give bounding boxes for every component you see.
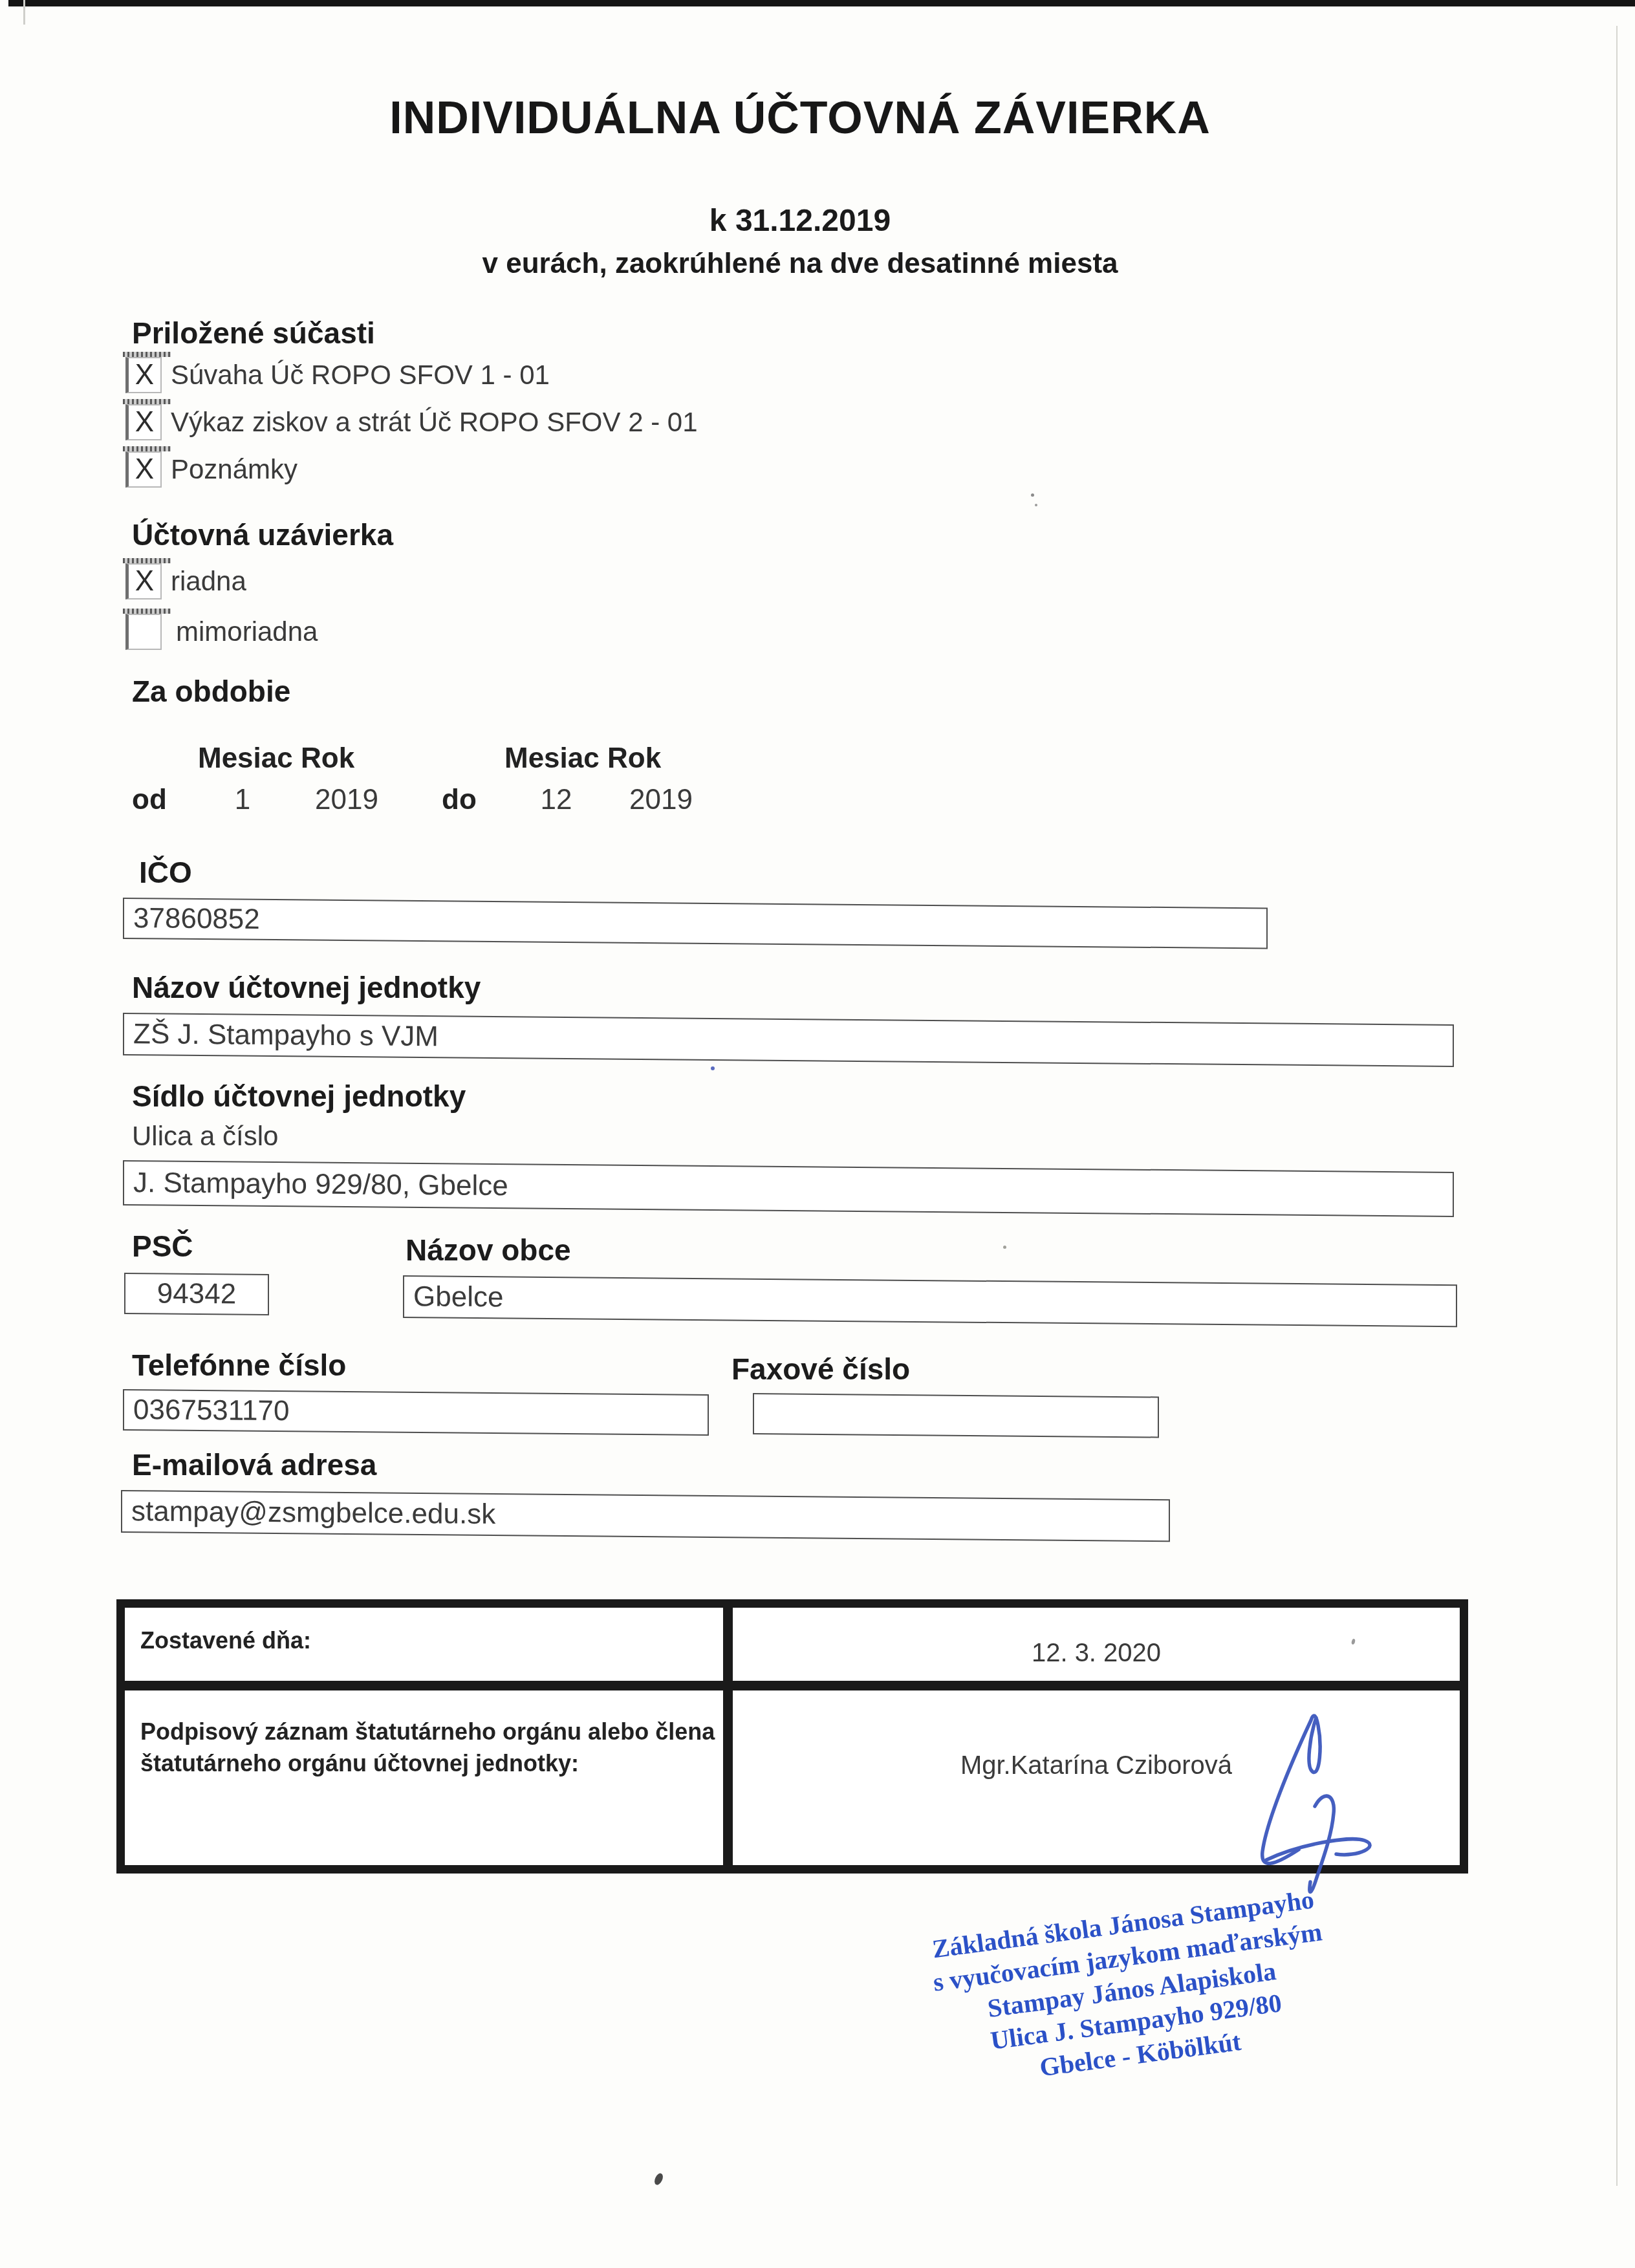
psc-value: 94342: [157, 1277, 236, 1310]
checkbox-vykaz: X: [125, 404, 162, 440]
scan-edge-notch: [23, 0, 25, 25]
closing-label: mimoriadna: [176, 614, 318, 650]
form-title: INDIVIDUÁLNA ÚČTOVNÁ ZÁVIERKA: [0, 92, 1600, 144]
town-label: Názov obce: [406, 1233, 571, 1268]
scan-speck: [1031, 493, 1034, 497]
scan-top-edge: [8, 0, 1635, 6]
scan-right-edge-line: [1616, 26, 1618, 2186]
phone-field: 0367531170: [123, 1389, 709, 1436]
closing-heading: Účtovná uzávierka: [132, 517, 393, 552]
street-value: J. Stampayho 929/80, Gbelce: [133, 1167, 508, 1202]
street-label: Ulica a číslo: [132, 1121, 278, 1152]
period-from-month: 1: [220, 784, 265, 816]
period-to-header: Mesiac Rok: [504, 742, 661, 775]
psc-label: PSČ: [132, 1229, 193, 1264]
entity-name-field: ZŠ J. Stampayho s VJM: [123, 1013, 1454, 1067]
scan-speck: [1035, 504, 1037, 506]
checkbox-mark: X: [135, 359, 154, 391]
as-of-date: k 31.12.2019: [0, 203, 1600, 239]
psc-field: 94342: [124, 1273, 269, 1315]
ico-label: IČO: [139, 855, 192, 890]
scan-speck: [1003, 1246, 1006, 1249]
attachment-label: Výkaz ziskov a strát Úč ROPO SFOV 2 - 01: [171, 404, 698, 440]
entity-name-label: Názov účtovnej jednotky: [132, 970, 481, 1005]
entity-name-value: ZŠ J. Stampayho s VJM: [133, 1018, 439, 1053]
ico-field: 37860852: [123, 898, 1268, 949]
checkbox-riadna: X: [125, 563, 162, 599]
checkbox-mimoriadna: [125, 614, 162, 650]
attachment-label: Poznámky: [171, 451, 298, 488]
attachment-label: Súvaha Úč ROPO SFOV 1 - 01: [171, 357, 550, 393]
signatory-label: Podpisový záznam štatutárneho orgánu ale…: [140, 1716, 735, 1779]
period-to-year: 2019: [629, 784, 693, 816]
checkbox-suvaha: X: [125, 357, 162, 393]
ico-value: 37860852: [133, 902, 260, 936]
period-to-label: do: [442, 784, 477, 816]
compiled-on-date: 12. 3. 2020: [733, 1639, 1460, 1668]
street-field: J. Stampayho 929/80, Gbelce: [123, 1160, 1454, 1217]
period-heading: Za obdobie: [132, 674, 290, 709]
period-from-year: 2019: [315, 784, 378, 816]
compiled-on-label: Zostavené dňa:: [140, 1627, 311, 1654]
rounding-subtitle: v eurách, zaokrúhlené na dve desatinné m…: [0, 248, 1600, 280]
phone-value: 0367531170: [133, 1394, 289, 1427]
table-row-divider: [125, 1681, 1460, 1690]
period-to-month: 12: [530, 784, 582, 816]
email-field: stampay@zsmgbelce.edu.sk: [121, 1490, 1170, 1542]
checkbox-mark: X: [135, 453, 154, 486]
seat-label: Sídlo účtovnej jednotky: [132, 1079, 466, 1114]
scanned-accounting-form-page: INDIVIDUÁLNA ÚČTOVNÁ ZÁVIERKA k 31.12.20…: [0, 0, 1635, 2268]
attachments-heading: Priložené súčasti: [132, 316, 375, 351]
fax-field: [753, 1393, 1159, 1438]
email-value: stampay@zsmgbelce.edu.sk: [131, 1495, 495, 1531]
period-from-header: Mesiac Rok: [198, 742, 354, 775]
closing-label: riadna: [171, 563, 246, 599]
scan-speck: [653, 2172, 665, 2187]
email-label: E-mailová adresa: [132, 1447, 376, 1482]
town-field: Gbelce: [403, 1275, 1457, 1327]
handwritten-signature: [1253, 1706, 1399, 1903]
town-value: Gbelce: [413, 1280, 503, 1313]
phone-label: Telefónne číslo: [132, 1348, 346, 1383]
period-from-label: od: [132, 784, 167, 816]
fax-label: Faxové číslo: [731, 1352, 910, 1387]
checkbox-poznamky: X: [125, 451, 162, 488]
scan-speck: [711, 1066, 715, 1070]
checkbox-mark: X: [135, 565, 154, 598]
checkbox-mark: X: [135, 406, 154, 438]
school-stamp: Základná škola Jánosa Stampayho s vyučov…: [909, 1881, 1354, 2099]
